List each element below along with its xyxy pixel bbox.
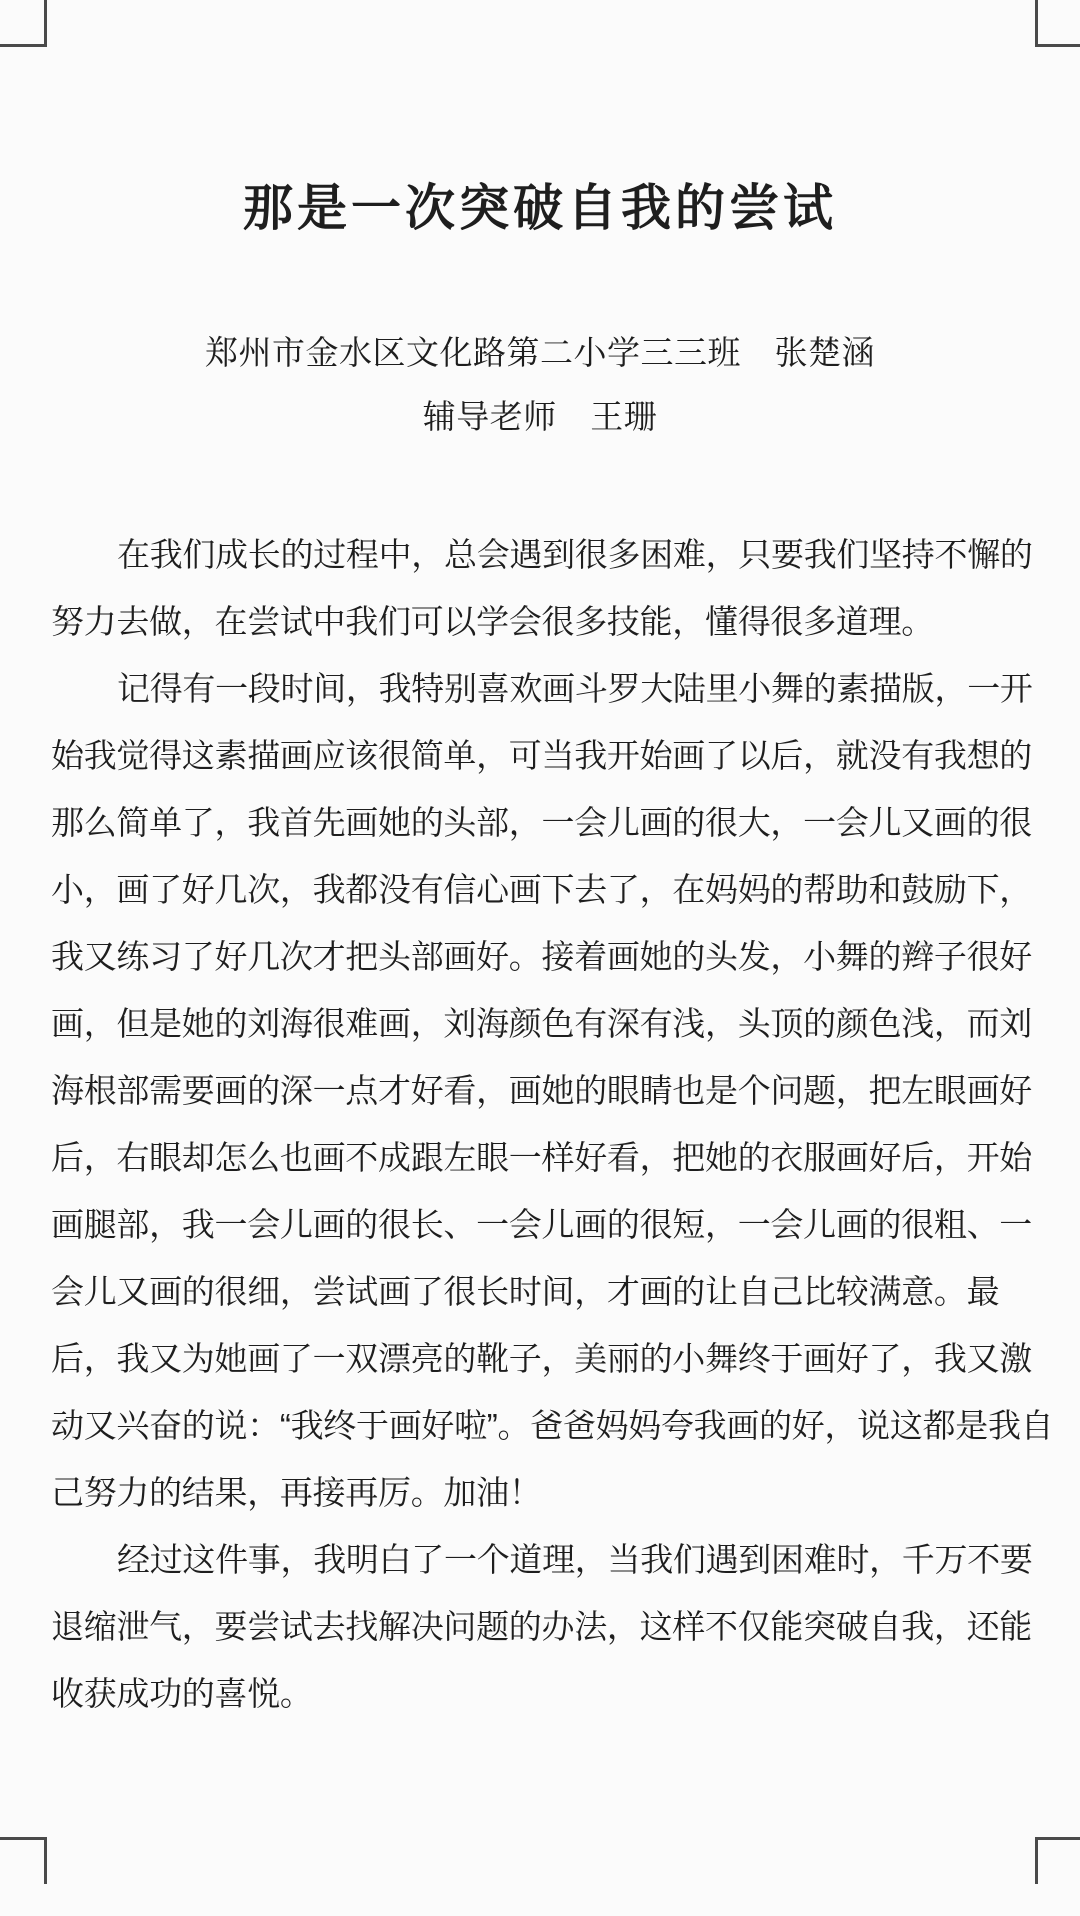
- crop-mark-top-left-icon: [0, 0, 47, 47]
- essay-body-line: 己努力的结果，再接再厉。加油！: [51, 1459, 1035, 1526]
- essay-teacher-line: 辅导老师 王珊: [0, 396, 1080, 438]
- document-page: 那是一次突破自我的尝试 郑州市金水区文化路第二小学三三班 张楚涵 辅导老师 王珊…: [0, 0, 1080, 1916]
- essay-body-line: 海根部需要画的深一点才好看，画她的眼睛也是个问题，把左眼画好: [51, 1057, 1035, 1124]
- essay-body-line: 动又兴奋的说：“我终于画好啦”。爸爸妈妈夸我画的好，说这都是我自: [51, 1392, 1035, 1459]
- essay-body-line: 努力去做，在尝试中我们可以学会很多技能，懂得很多道理。: [51, 588, 1035, 655]
- essay-body-line: 会儿又画的很细，尝试画了很长时间，才画的让自己比较满意。最: [51, 1258, 1035, 1325]
- essay-body-line: 后，右眼却怎么也画不成跟左眼一样好看，把她的衣服画好后，开始: [51, 1124, 1035, 1191]
- essay-body-line: 我又练习了好几次才把头部画好。接着画她的头发，小舞的辫子很好: [51, 923, 1035, 990]
- essay-body-line: 退缩泄气，要尝试去找解决问题的办法，这样不仅能突破自我，还能: [51, 1593, 1035, 1660]
- crop-mark-bottom-right-icon: [1035, 1837, 1080, 1884]
- essay-body-line: 在我们成长的过程中，总会遇到很多困难，只要我们坚持不懈的: [51, 521, 1035, 588]
- essay-body-line: 记得有一段时间，我特别喜欢画斗罗大陆里小舞的素描版，一开: [51, 655, 1035, 722]
- crop-mark-bottom-left-icon: [0, 1837, 47, 1884]
- essay-body-line: 经过这件事，我明白了一个道理，当我们遇到困难时，千万不要: [51, 1526, 1035, 1593]
- essay-body-line: 画，但是她的刘海很难画，刘海颜色有深有浅，头顶的颜色浅，而刘: [51, 990, 1035, 1057]
- essay-body-line: 小，画了好几次，我都没有信心画下去了，在妈妈的帮助和鼓励下，: [51, 856, 1035, 923]
- essay-title: 那是一次突破自我的尝试: [0, 178, 1080, 238]
- essay-body: 在我们成长的过程中，总会遇到很多困难，只要我们坚持不懈的努力去做，在尝试中我们可…: [51, 521, 1035, 1727]
- crop-mark-top-right-icon: [1035, 0, 1080, 47]
- essay-body-line: 后，我又为她画了一双漂亮的靴子，美丽的小舞终于画好了，我又激: [51, 1325, 1035, 1392]
- essay-body-line: 收获成功的喜悦。: [51, 1660, 1035, 1727]
- essay-body-line: 画腿部，我一会儿画的很长、一会儿画的很短，一会儿画的很粗、一: [51, 1191, 1035, 1258]
- essay-body-line: 始我觉得这素描画应该很简单，可当我开始画了以后，就没有我想的: [51, 722, 1035, 789]
- essay-byline: 郑州市金水区文化路第二小学三三班 张楚涵: [0, 332, 1080, 374]
- essay-body-line: 那么简单了，我首先画她的头部，一会儿画的很大，一会儿又画的很: [51, 789, 1035, 856]
